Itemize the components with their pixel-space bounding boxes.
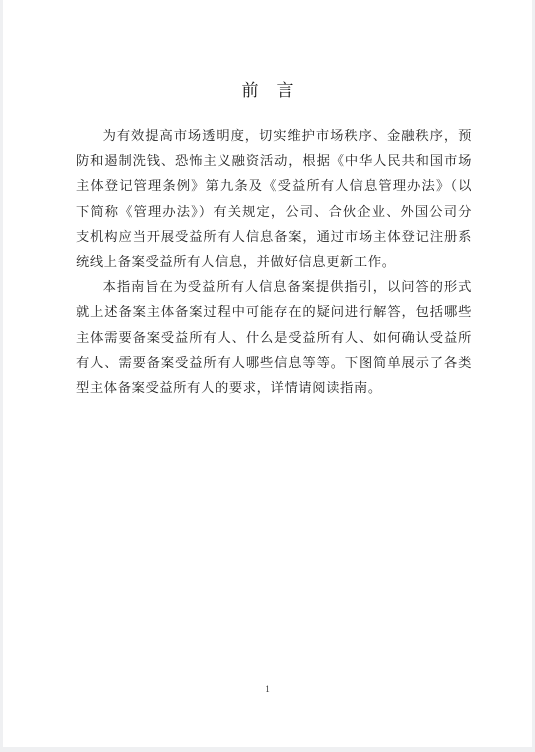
document-page: 前言 为有效提高市场透明度，切实维护市场秩序、金融秩序，预防和遏制洗钱、恐怖主义… [3, 0, 532, 747]
paragraph-2: 本指南旨在为受益所有人信息备案提供指引，以问答的形式就上述备案主体备案过程中可能… [76, 275, 472, 401]
body-text: 为有效提高市场透明度，切实维护市场秩序、金融秩序，预防和遏制洗钱、恐怖主义融资活… [76, 124, 472, 401]
page-number: 1 [3, 684, 532, 694]
page-title: 前言 [3, 76, 532, 101]
paragraph-1: 为有效提高市场透明度，切实维护市场秩序、金融秩序，预防和遏制洗钱、恐怖主义融资活… [76, 124, 472, 275]
